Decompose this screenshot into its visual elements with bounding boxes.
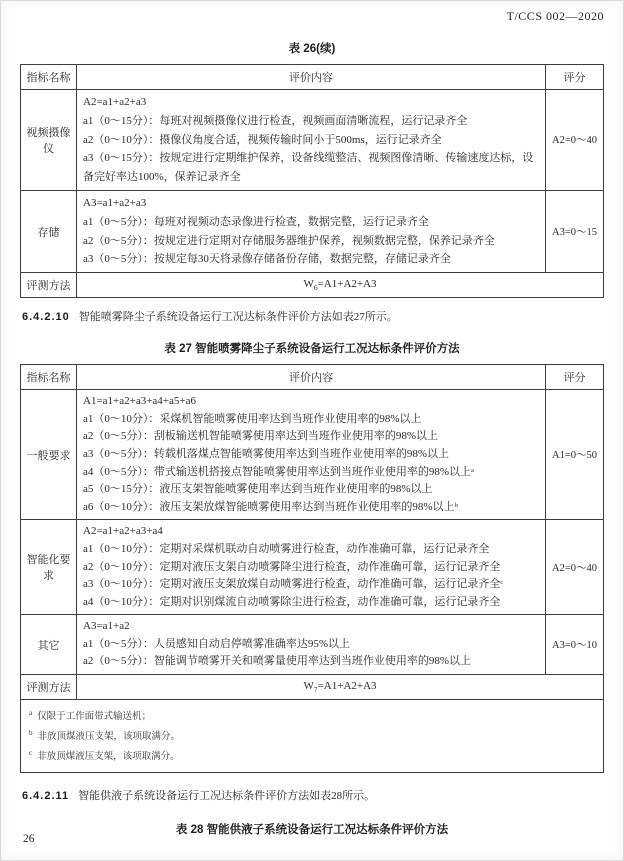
indicator-name: 视频摄像仪 bbox=[21, 90, 77, 191]
column-header-content: 评价内容 bbox=[77, 65, 546, 90]
footnote-c: c非放顶煤液压支架，该项取满分。 bbox=[29, 745, 595, 765]
section-text: 智能供液子系统设备运行工况达标条件评价方法如表28所示。 bbox=[78, 790, 375, 802]
method-label: 评测方法 bbox=[21, 273, 77, 298]
table26-title: 表 26(续) bbox=[0, 40, 624, 56]
indicator-name: 存储 bbox=[21, 190, 77, 272]
content-line: a4（0～5分）：带式输送机搭接点智能喷雾使用率达到当班作业使用率的98%以上ᵃ bbox=[83, 464, 539, 482]
formula-rest: =A1+A2+A3 bbox=[318, 278, 377, 290]
table-row-others: 其它 A3=a1+a2 a1（0～5分）：人员感知自动启停喷雾准确率达95%以上… bbox=[21, 615, 604, 675]
content-line: A2=a1+a2+a3+a4 bbox=[83, 523, 539, 541]
table27-title: 表 27 智能喷雾降尘子系统设备运行工况达标条件评价方法 bbox=[0, 340, 624, 356]
content-line: A2=a1+a2+a3 bbox=[83, 93, 539, 112]
content-line: a2（0～5分）：智能调节喷雾开关和喷雾量使用率达到当班作业使用率的98%以上 bbox=[83, 653, 539, 671]
score-value: A3=0～10 bbox=[546, 615, 604, 675]
column-header-indicator: 指标名称 bbox=[21, 365, 77, 390]
content-line: a1（0～5分）：人员感知自动启停喷雾准确率达95%以上 bbox=[83, 636, 539, 654]
table-27: 指标名称 评价内容 评分 一般要求 A1=a1+a2+a3+a4+a5+a6 a… bbox=[20, 364, 604, 772]
evaluation-content: A2=a1+a2+a3+a4 a1（0～10分）：定期对采煤机联动自动喷雾进行检… bbox=[77, 520, 546, 615]
column-header-content: 评价内容 bbox=[77, 365, 546, 390]
content-line: a1（0～5分）：每班对视频动态录像进行检查，数据完整，运行记录齐全 bbox=[83, 213, 539, 232]
column-header-score: 评分 bbox=[546, 65, 604, 90]
method-formula: W7=A1+A2+A3 bbox=[77, 675, 604, 700]
footnote-marker: c bbox=[29, 749, 32, 757]
content-line: a2（0～10分）：摄像仪角度合适，视频传输时间小于500ms，运行记录齐全 bbox=[83, 131, 539, 150]
table28-title: 表 28 智能供液子系统设备运行工况达标条件评价方法 bbox=[0, 821, 624, 837]
content-line: a1（0～10分）：定期对采煤机联动自动喷雾进行检查，动作准确可靠，运行记录齐全 bbox=[83, 541, 539, 559]
evaluation-content: A1=a1+a2+a3+a4+a5+a6 a1（0～10分）：采煤机智能喷雾使用… bbox=[77, 390, 546, 520]
content-line: A3=a1+a2+a3 bbox=[83, 194, 539, 213]
footnote-marker: a bbox=[29, 709, 32, 717]
table26-header-row: 指标名称 评价内容 评分 bbox=[21, 65, 604, 90]
score-value: A2=0～40 bbox=[546, 90, 604, 191]
doc-code: T/CCS 002—2020 bbox=[507, 9, 604, 24]
method-label: 评测方法 bbox=[21, 675, 77, 700]
evaluation-content: A3=a1+a2 a1（0～5分）：人员感知自动启停喷雾准确率达95%以上 a2… bbox=[77, 615, 546, 675]
content-line: a4（0～10分）：定期对识别煤流自动喷雾除尘进行检查，动作准确可靠，运行记录齐… bbox=[83, 594, 539, 612]
column-header-score: 评分 bbox=[546, 365, 604, 390]
section-number: 6.4.2.11 bbox=[22, 790, 69, 802]
section-number: 6.4.2.10 bbox=[22, 311, 70, 323]
content-line: a3（0～5分）：转载机落煤点智能喷雾使用率达到当班作业使用率的98%以上 bbox=[83, 446, 539, 464]
method-formula: W6=A1+A2+A3 bbox=[77, 273, 604, 298]
page-number: 26 bbox=[23, 833, 35, 845]
content-line: a3（0～5分）：按规定每30天将录像存储备份存储，数据完整，存储记录齐全 bbox=[83, 250, 539, 269]
table-footnotes-row: a仅限于工作面带式输送机； b非放顶煤液压支架，该项取满分。 c非放顶煤液压支架… bbox=[21, 700, 604, 772]
content-line: a2（0～10分）：定期对液压支架自动喷雾降尘进行检查，动作准确可靠，运行记录齐… bbox=[83, 559, 539, 577]
content-line: a3（0～10分）：定期对液压支架放煤自动喷雾进行检查，动作准确可靠，运行记录齐… bbox=[83, 576, 539, 594]
table-row-method: 评测方法 W7=A1+A2+A3 bbox=[21, 675, 604, 700]
table-row-general-requirements: 一般要求 A1=a1+a2+a3+a4+a5+a6 a1（0～10分）：采煤机智… bbox=[21, 390, 604, 520]
content-line: a2（0～5分）：按规定进行定期对存储服务器维护保养，视频数据完整，保养记录齐全 bbox=[83, 232, 539, 251]
content-line: A1=a1+a2+a3+a4+a5+a6 bbox=[83, 393, 539, 411]
indicator-name: 智能化要求 bbox=[21, 520, 77, 615]
content-line: a1（0～15分）：每班对视频摄像仪进行检查，视频画面清晰流程，运行记录齐全 bbox=[83, 112, 539, 131]
formula-base: W bbox=[303, 278, 313, 290]
content-line: a5（0～15分）：液压支架智能喷雾使用率达到当班作业使用率的98%以上 bbox=[83, 481, 539, 499]
score-value: A2=0～40 bbox=[546, 520, 604, 615]
footnote-text: 仅限于工作面带式输送机； bbox=[37, 712, 151, 722]
content-line: a2（0～5分）：刮板输送机智能喷雾使用率达到当班作业使用率的98%以上 bbox=[83, 428, 539, 446]
section-text: 智能喷雾降尘子系统设备运行工况达标条件评价方法如表27所示。 bbox=[79, 311, 398, 323]
indicator-name: 一般要求 bbox=[21, 390, 77, 520]
evaluation-content: A2=a1+a2+a3 a1（0～15分）：每班对视频摄像仪进行检查，视频画面清… bbox=[77, 90, 546, 191]
content-line: a3（0～15分）：按规定进行定期维护保养，设备线缆整洁、视频图像清晰、传输速度… bbox=[83, 149, 539, 187]
formula-base: W bbox=[303, 680, 313, 692]
table-row-video-camera: 视频摄像仪 A2=a1+a2+a3 a1（0～15分）：每班对视频摄像仪进行检查… bbox=[21, 90, 604, 191]
content-line: a6（0～10分）：液压支架放煤智能喷雾使用率达到当班作业使用率的98%以上ᵇ bbox=[83, 499, 539, 517]
table-row-intelligent-requirements: 智能化要求 A2=a1+a2+a3+a4 a1（0～10分）：定期对采煤机联动自… bbox=[21, 520, 604, 615]
section-6-4-2-10: 6.4.2.10智能喷雾降尘子系统设备运行工况达标条件评价方法如表27所示。 bbox=[22, 310, 602, 325]
formula-rest: =A1+A2+A3 bbox=[318, 680, 377, 692]
column-header-indicator: 指标名称 bbox=[21, 65, 77, 90]
document-page: T/CCS 002—2020 表 26(续) 指标名称 评价内容 评分 视频摄像… bbox=[0, 0, 624, 861]
indicator-name: 其它 bbox=[21, 615, 77, 675]
table-row-method: 评测方法 W6=A1+A2+A3 bbox=[21, 273, 604, 298]
table27-header-row: 指标名称 评价内容 评分 bbox=[21, 365, 604, 390]
footnote-b: b非放顶煤液压支架，该项取满分。 bbox=[29, 725, 595, 745]
score-value: A1=0～50 bbox=[546, 390, 604, 520]
footnote-a: a仅限于工作面带式输送机； bbox=[29, 705, 595, 725]
table-row-storage: 存储 A3=a1+a2+a3 a1（0～5分）：每班对视频动态录像进行检查，数据… bbox=[21, 190, 604, 272]
section-6-4-2-11: 6.4.2.11智能供液子系统设备运行工况达标条件评价方法如表28所示。 bbox=[22, 789, 602, 804]
footnote-text: 非放顶煤液压支架，该项取满分。 bbox=[38, 732, 181, 742]
evaluation-content: A3=a1+a2+a3 a1（0～5分）：每班对视频动态录像进行检查，数据完整，… bbox=[77, 190, 546, 272]
content-line: a1（0～10分）：采煤机智能喷雾使用率达到当班作业使用率的98%以上 bbox=[83, 411, 539, 429]
footnote-text: 非放顶煤液压支架，该项取满分。 bbox=[37, 753, 180, 763]
table-26: 指标名称 评价内容 评分 视频摄像仪 A2=a1+a2+a3 a1（0～15分）… bbox=[20, 64, 604, 298]
table-footnotes: a仅限于工作面带式输送机； b非放顶煤液压支架，该项取满分。 c非放顶煤液压支架… bbox=[21, 700, 604, 772]
content-line: A3=a1+a2 bbox=[83, 618, 539, 636]
footnote-marker: b bbox=[29, 729, 33, 737]
score-value: A3=0～15 bbox=[546, 190, 604, 272]
